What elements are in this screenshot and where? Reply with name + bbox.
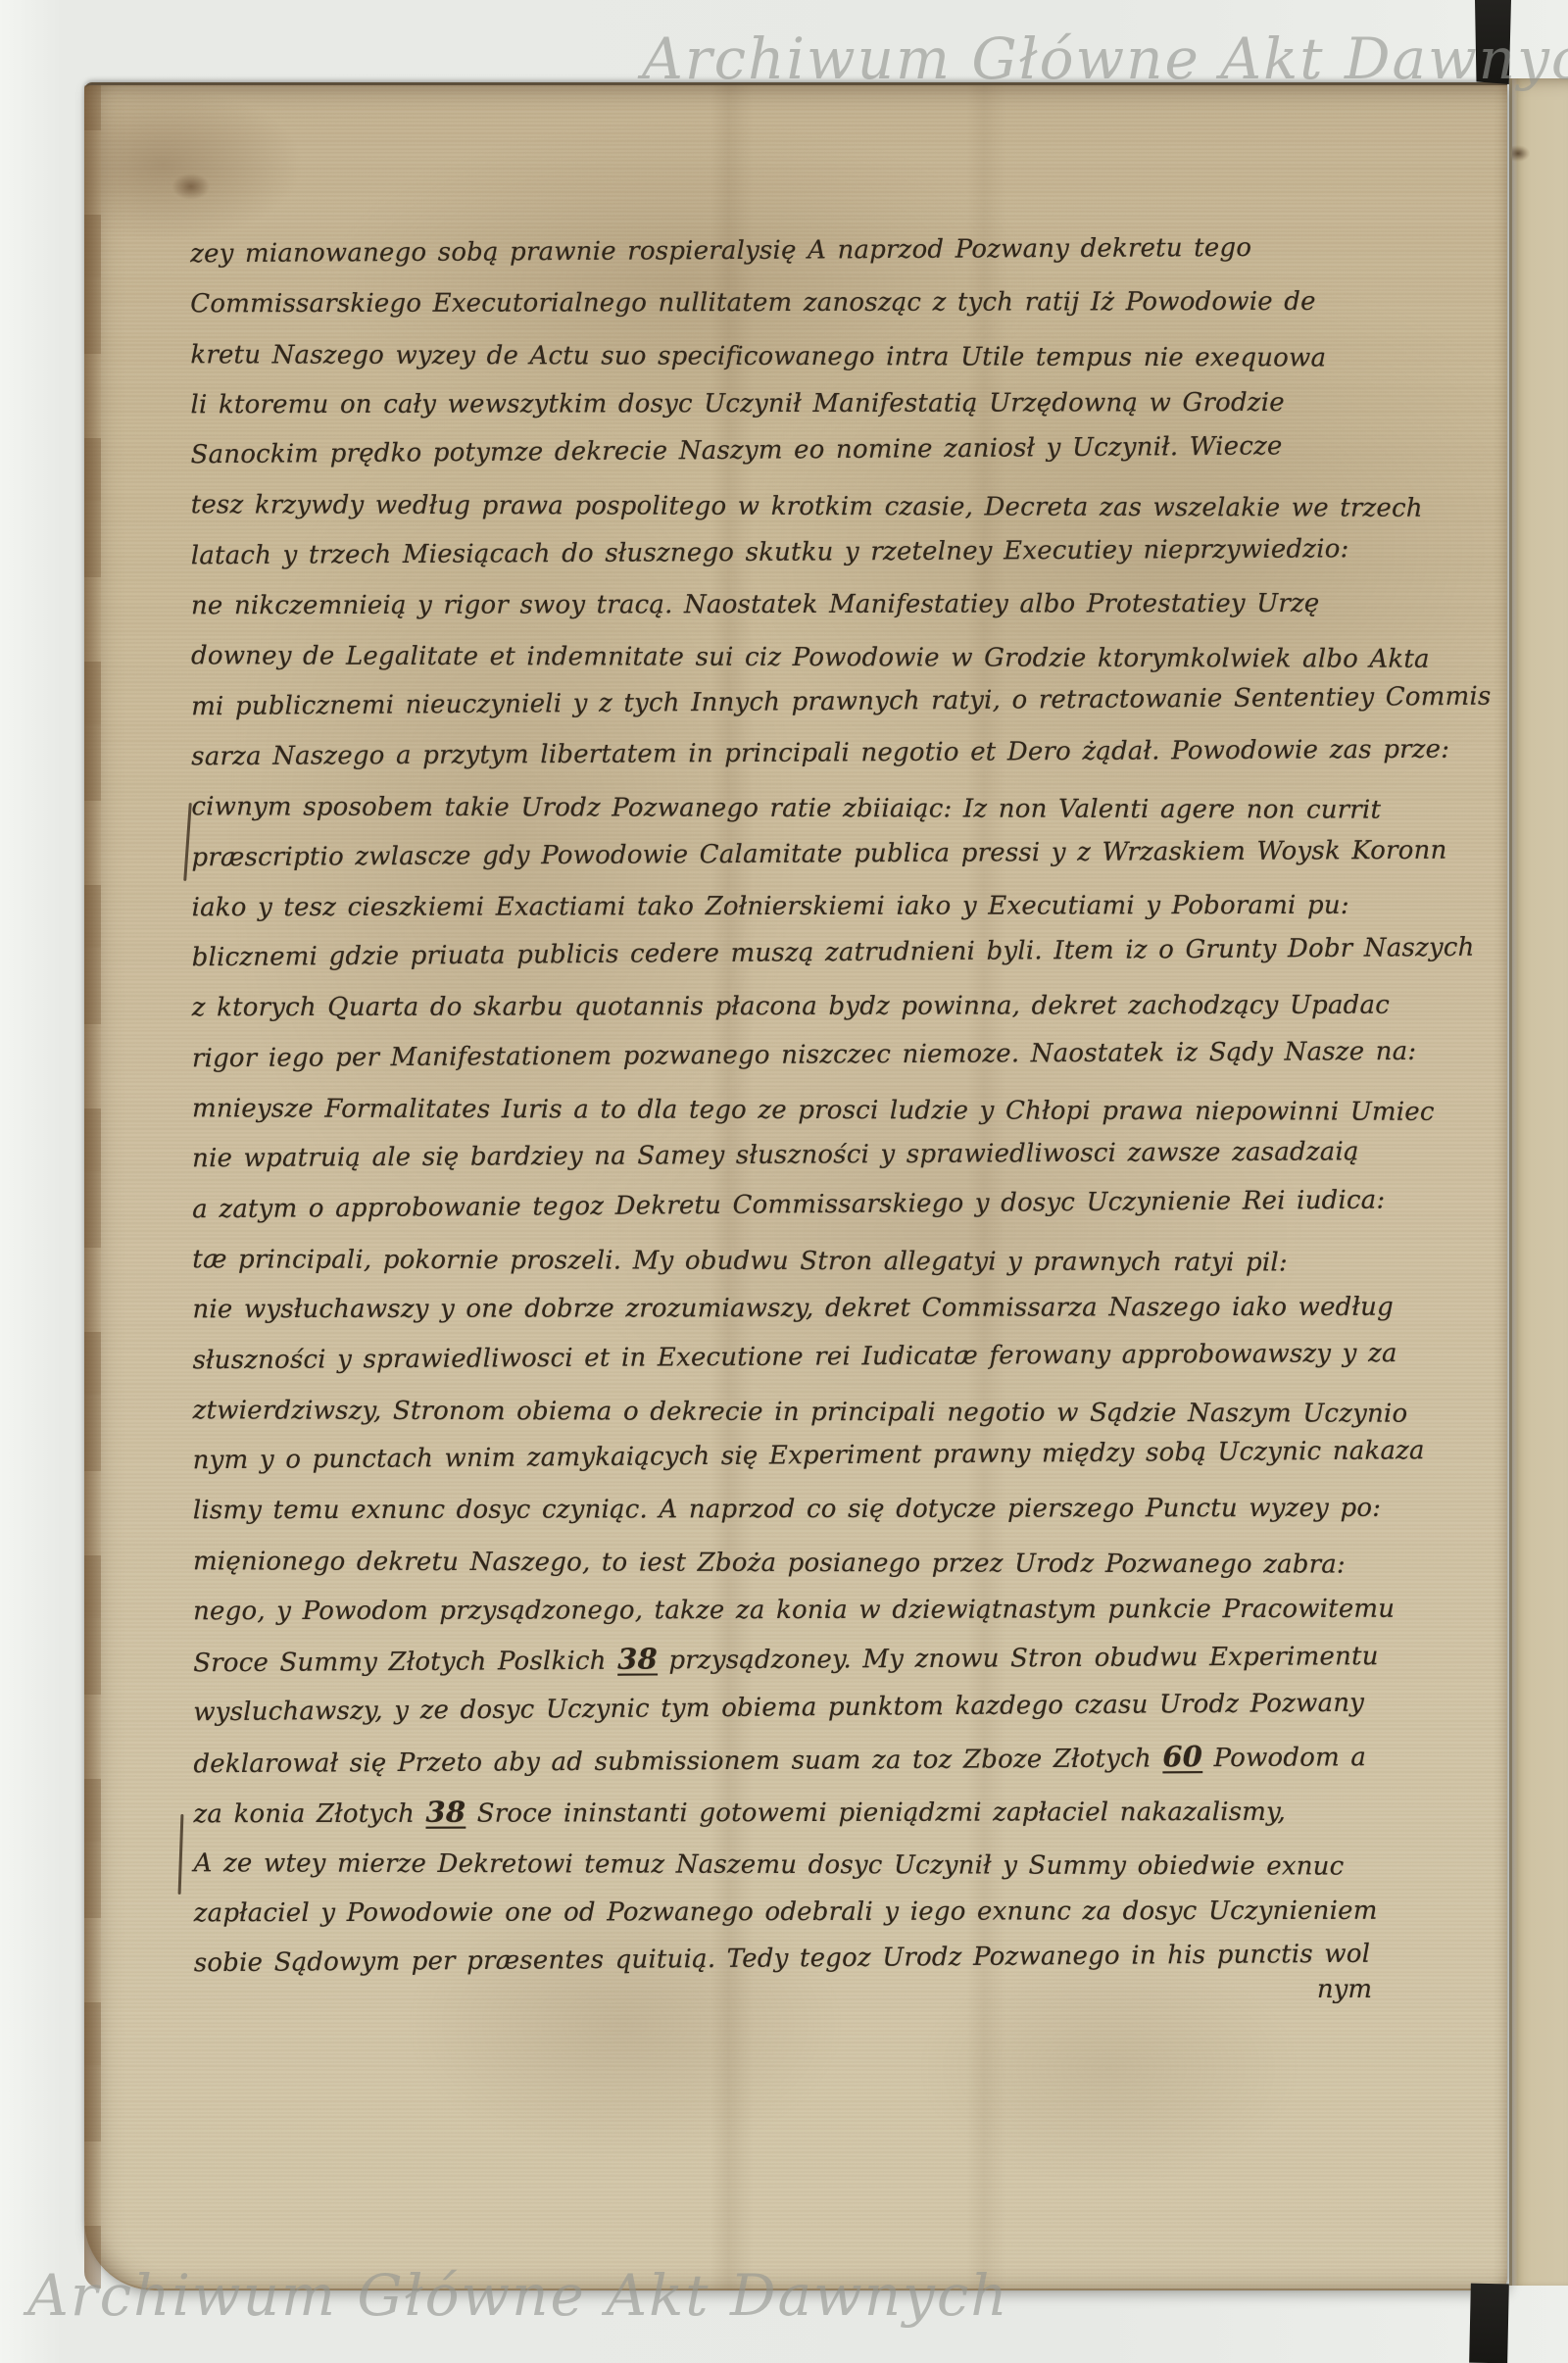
archive-photo: zey mianowanego sobą prawnie rospieralys… xyxy=(0,0,1568,2363)
manuscript-line: nym y o punctach wnim zamykaiących się E… xyxy=(193,1427,1381,1487)
manuscript-line: ne nikczemnieią y rigor swoy tracą. Naos… xyxy=(191,579,1379,632)
manuscript-text: zey mianowanego sobą prawnie rospieralys… xyxy=(190,227,1382,1990)
manuscript-line: latach y trzech Miesiącach do słusznego … xyxy=(191,524,1379,581)
manuscript-page: zey mianowanego sobą prawnie rospieralys… xyxy=(84,82,1507,2290)
manuscript-line: kretu Naszego wyzey de Actu suo specific… xyxy=(190,330,1378,384)
manuscript-line: sarza Naszego a przytym libertatem in pr… xyxy=(191,725,1379,782)
page-deckle-edge xyxy=(84,85,101,2289)
manuscript-line: lismy temu exnunc dosyc czyniąc. A naprz… xyxy=(193,1484,1381,1537)
manuscript-line: Commissarskiego Executorialnego nullitat… xyxy=(190,277,1378,330)
manuscript-line: mięnionego dekretu Naszego, to iest Zboż… xyxy=(193,1537,1381,1591)
manuscript-line: wysluchawszy, y ze dosyc Uczynic tym obi… xyxy=(193,1678,1381,1738)
manuscript-line: præscriptio zwlascze gdy Powodowie Calam… xyxy=(191,826,1379,883)
manuscript-line: blicznemi gdzie priuata publicis cedere … xyxy=(191,924,1379,984)
manuscript-line: sobie Sądowym per præsentes quituią. Ted… xyxy=(194,1930,1382,1990)
manuscript-line: nego, y Powodom przysądzonego, takze za … xyxy=(193,1585,1381,1638)
bookmark-ribbon-bottom-icon xyxy=(1469,2284,1509,2363)
manuscript-line: a zatym o approbowanie tegoz Dekretu Com… xyxy=(192,1175,1380,1235)
manuscript-line: Sanockim prędko potymze dekrecie Naszym … xyxy=(190,421,1378,481)
manuscript-line: mi publicznemi nieuczynieli y z tych Inn… xyxy=(191,672,1379,732)
manuscript-line: z ktorych Quarta do skarbu quotannis pła… xyxy=(192,981,1380,1034)
margin-mark-lower xyxy=(178,1814,184,1895)
manuscript-line: nie wysłuchawszy y one dobrze zrozumiaws… xyxy=(192,1283,1380,1336)
manuscript-line: A ze wtey mierze Dekretowi temuz Naszemu… xyxy=(194,1839,1382,1893)
manuscript-line: rigor iego per Manifestationem pozwanego… xyxy=(192,1027,1380,1084)
manuscript-line: deklarował się Przeto aby ad submissione… xyxy=(193,1731,1381,1788)
catchword: nym xyxy=(1317,1975,1372,2004)
next-page-edge xyxy=(1509,78,1568,2286)
bookmark-ribbon-top-icon xyxy=(1475,0,1511,84)
manuscript-line: za konia Złotych 38 Sroce ininstanti got… xyxy=(193,1786,1381,1839)
manuscript-line: słuszności y sprawiedliwosci et in Execu… xyxy=(192,1329,1380,1386)
manuscript-line: zey mianowanego sobą prawnie rospieralys… xyxy=(190,222,1378,279)
manuscript-line: tæ principali, pokornie proszeli. My obu… xyxy=(192,1235,1380,1289)
